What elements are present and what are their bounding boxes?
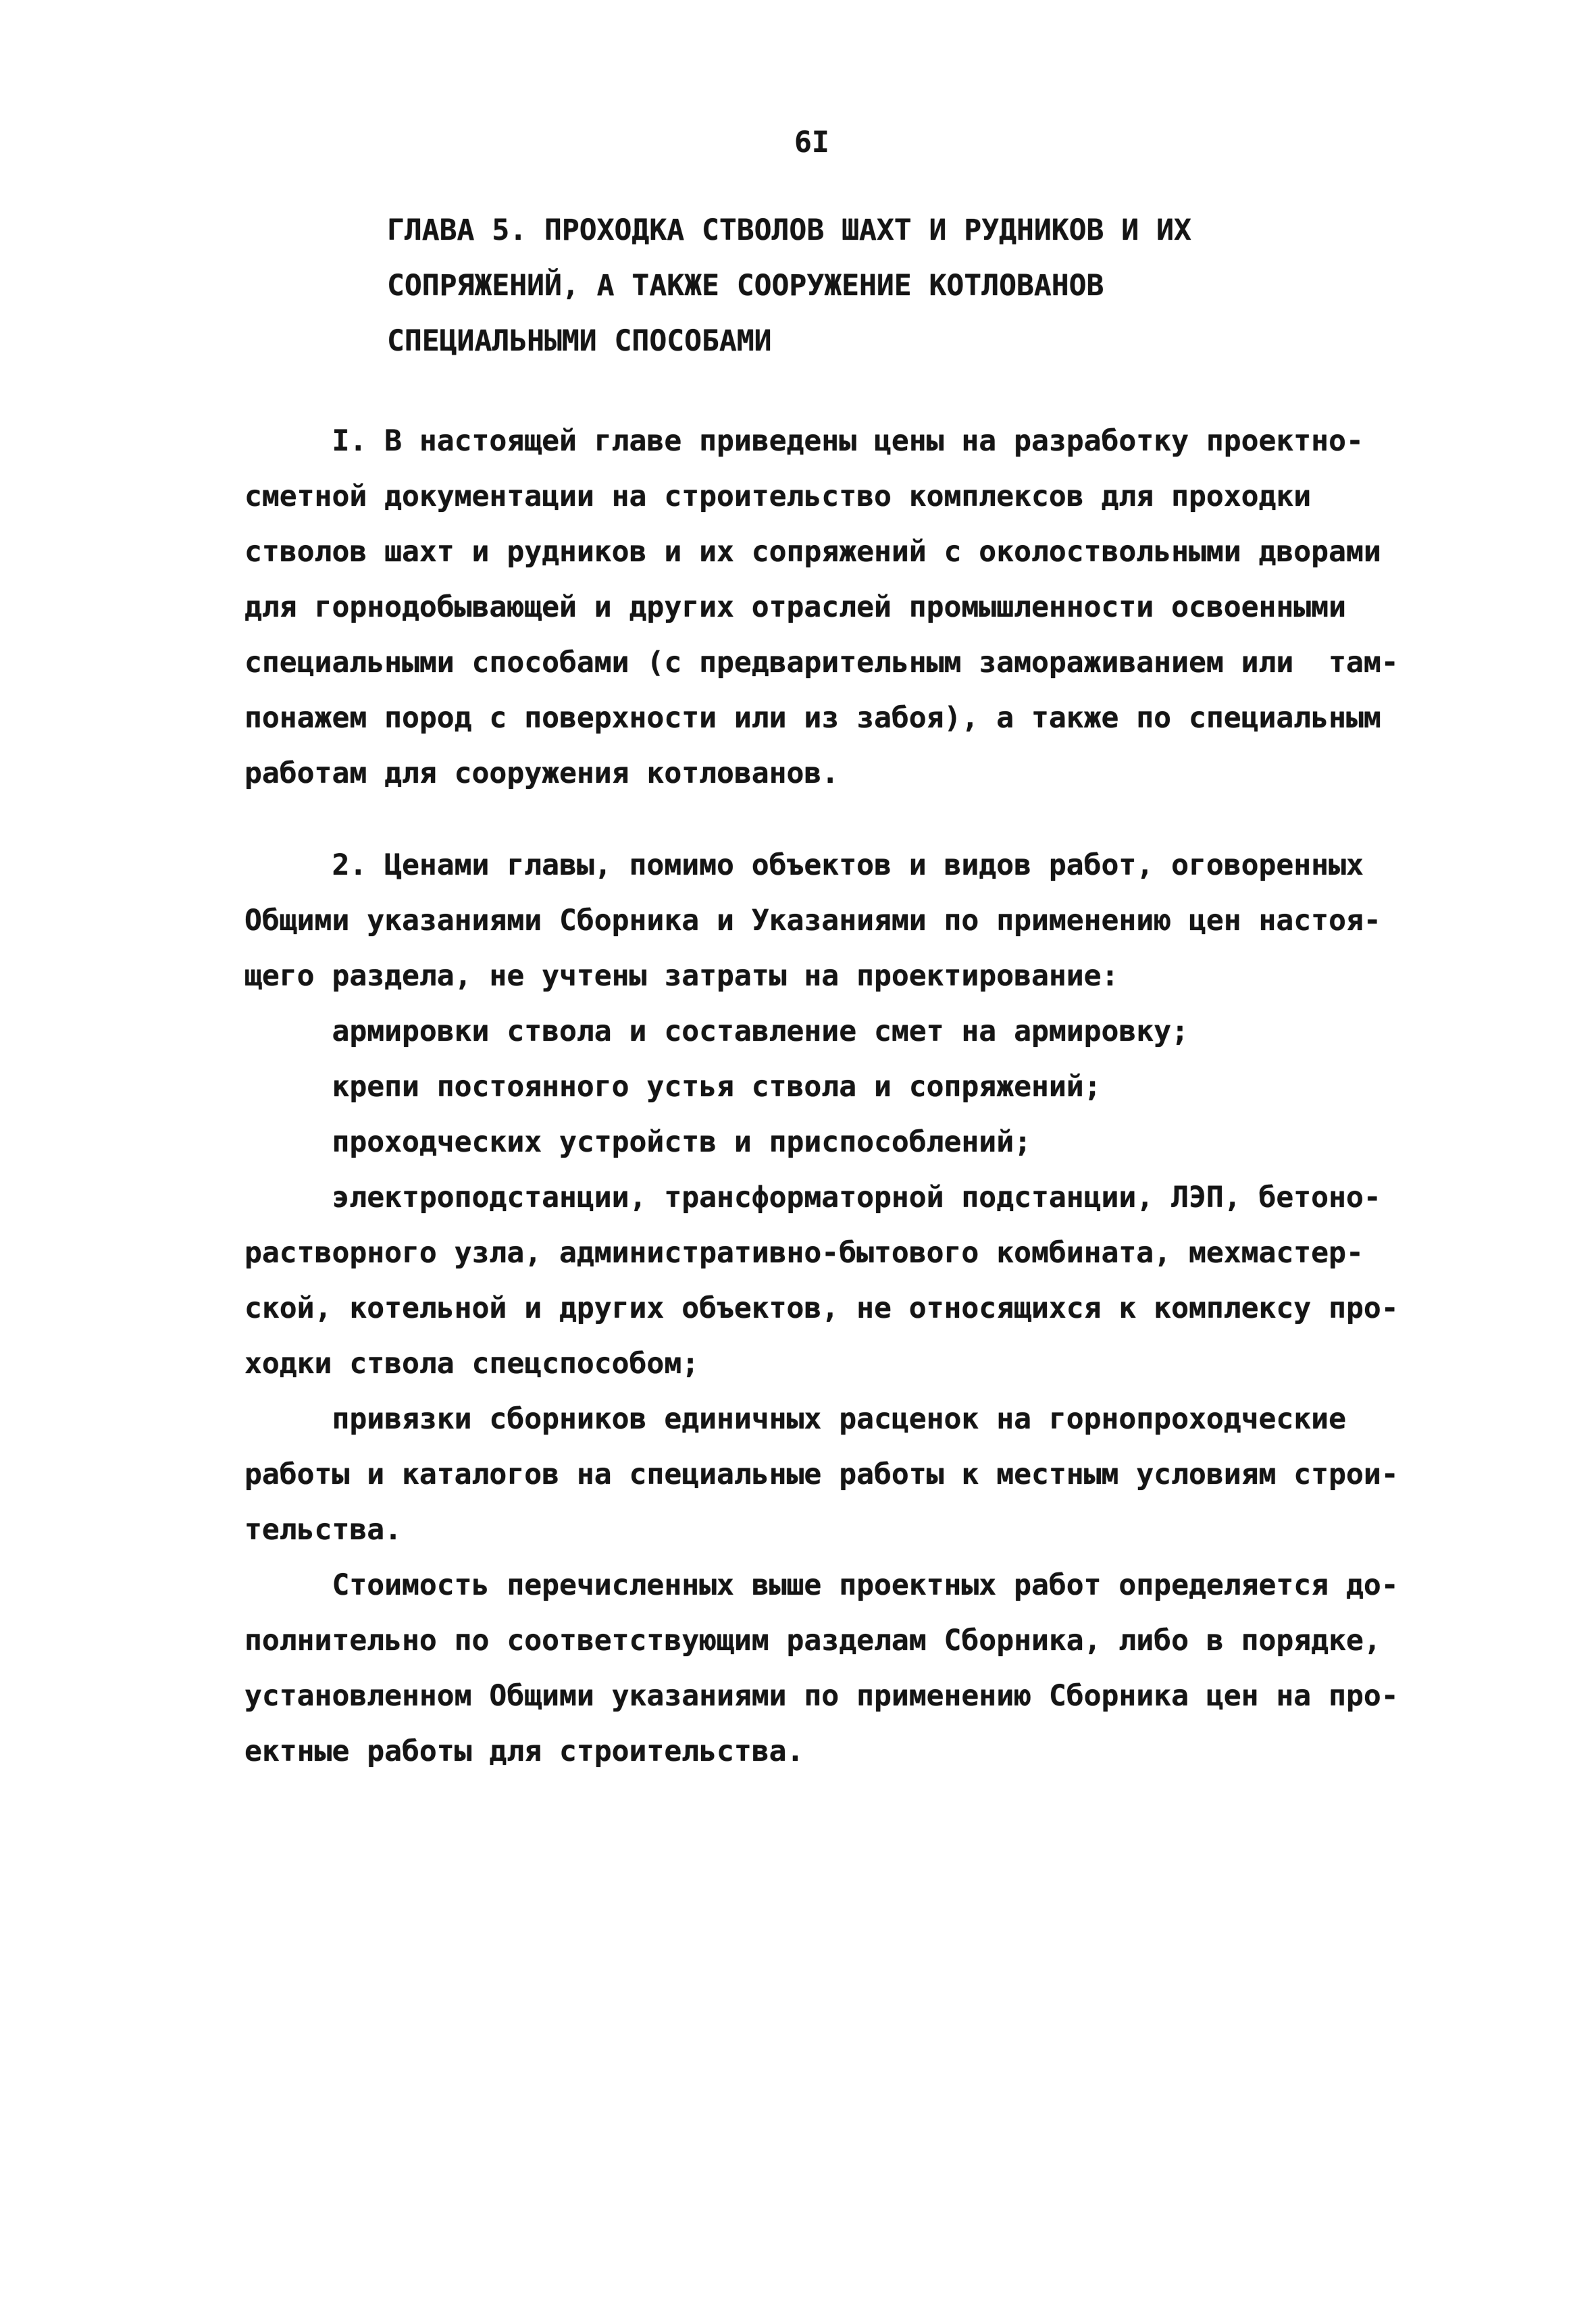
- list-item-krepi: крепи постоянного устья ствола и сопряже…: [244, 1059, 1393, 1114]
- list-item-armirovka: армировки ствола и составление смет на а…: [244, 1004, 1393, 1059]
- paragraph-intro: I. В настоящей главе приведены цены на р…: [244, 413, 1393, 801]
- chapter-heading: ГЛАВА 5. ПРОХОДКА СТВОЛОВ ШАХТ И РУДНИКО…: [387, 203, 1393, 369]
- list-item-elektropodstantsii: электроподстанции, трансформаторной подс…: [244, 1170, 1393, 1391]
- page-number: 6I: [794, 115, 1393, 170]
- list-item-privyazki-sbornikov: привязки сборников единичных расценок на…: [244, 1391, 1393, 1558]
- list-item-prohodcheskie-ustroystva: проходческих устройств и приспособлений;: [244, 1114, 1393, 1170]
- paragraph-cost-determination: Стоимость перечисленных выше проектных р…: [244, 1558, 1393, 1779]
- paragraph-exclusions-lead: 2. Ценами главы, помимо объектов и видов…: [244, 838, 1393, 1004]
- document-page: 6I ГЛАВА 5. ПРОХОДКА СТВОЛОВ ШАХТ И РУДН…: [0, 0, 1596, 2314]
